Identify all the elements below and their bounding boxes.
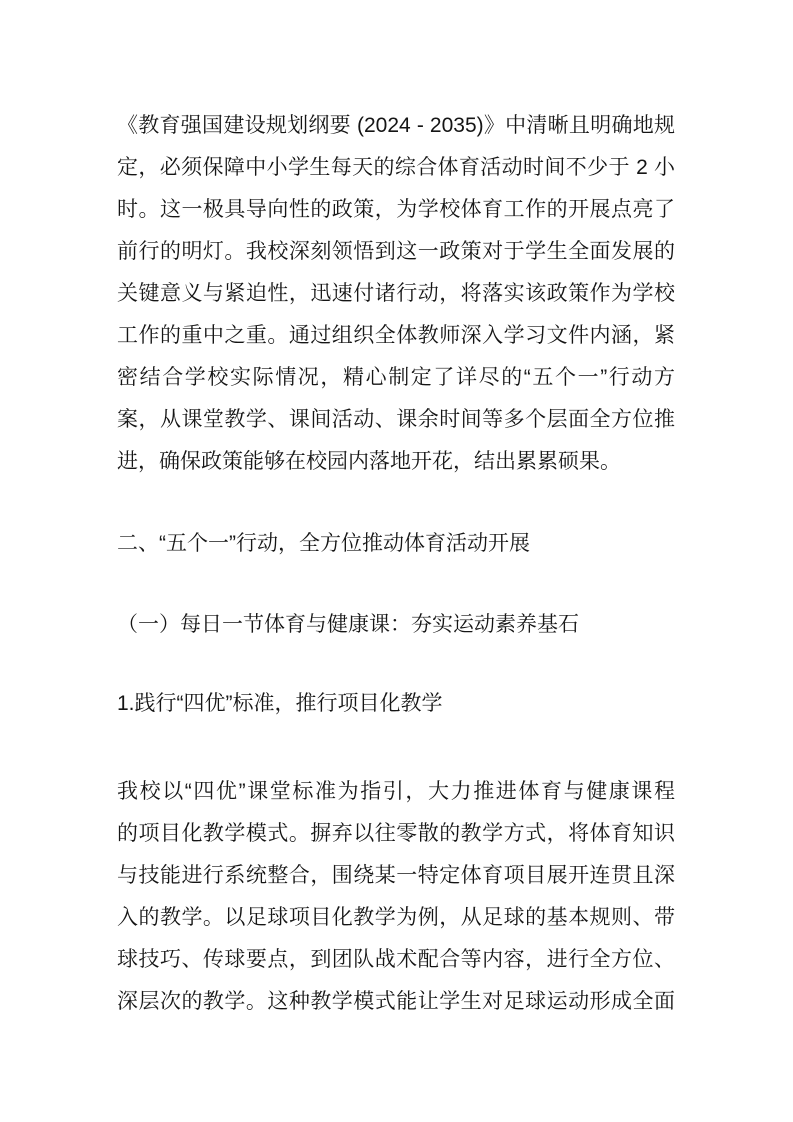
text-line: 《教育强国建设规划纲要 (2024 - 2035)》中清晰且明确地规: [117, 105, 675, 147]
policy-intro-paragraph: 《教育强国建设规划纲要 (2024 - 2035)》中清晰且明确地规定，必须保障…: [117, 105, 675, 483]
section-heading: 二、“五个一”行动，全方位推动体育活动开展: [117, 523, 675, 565]
point-heading: 1.践行“四优”标准，推行项目化教学: [117, 683, 675, 725]
project-teaching-paragraph: 我校以“四优”课堂标准为指引，大力推进体育与健康课程的项目化教学模式。摒弃以往零…: [117, 771, 675, 1023]
text-line: 我校以“四优”课堂标准为指引，大力推进体育与健康课程: [117, 771, 675, 813]
text-column: 《教育强国建设规划纲要 (2024 - 2035)》中清晰且明确地规定，必须保障…: [117, 105, 675, 1023]
text-line: 球技巧、传球要点，到团队战术配合等内容，进行全方位、: [117, 939, 675, 981]
document-page: 《教育强国建设规划纲要 (2024 - 2035)》中清晰且明确地规定，必须保障…: [0, 0, 793, 1122]
text-line: 的项目化教学模式。摒弃以往零散的教学方式，将体育知识: [117, 813, 675, 855]
text-line: 关键意义与紧迫性，迅速付诸行动，将落实该政策作为学校: [117, 273, 675, 315]
text-line: 深层次的教学。这种教学模式能让学生对足球运动形成全面: [117, 981, 675, 1023]
text-line: 案，从课堂教学、课间活动、课余时间等多个层面全方位推: [117, 399, 675, 441]
text-line: 入的教学。以足球项目化教学为例，从足球的基本规则、带: [117, 897, 675, 939]
text-line: 前行的明灯。我校深刻领悟到这一政策对于学生全面发展的: [117, 231, 675, 273]
text-line: 时。这一极具导向性的政策，为学校体育工作的开展点亮了: [117, 189, 675, 231]
text-line: 密结合学校实际情况，精心制定了详尽的“五个一”行动方: [117, 357, 675, 399]
text-line: 进，确保政策能够在校园内落地开花，结出累累硕果。: [117, 441, 675, 483]
text-line: 工作的重中之重。通过组织全体教师深入学习文件内涵，紧: [117, 315, 675, 357]
text-line: 定，必须保障中小学生每天的综合体育活动时间不少于 2 小: [117, 147, 675, 189]
text-line: 与技能进行系统整合，围绕某一特定体育项目展开连贯且深: [117, 855, 675, 897]
subsection-heading: （一）每日一节体育与健康课：夯实运动素养基石: [117, 604, 675, 646]
